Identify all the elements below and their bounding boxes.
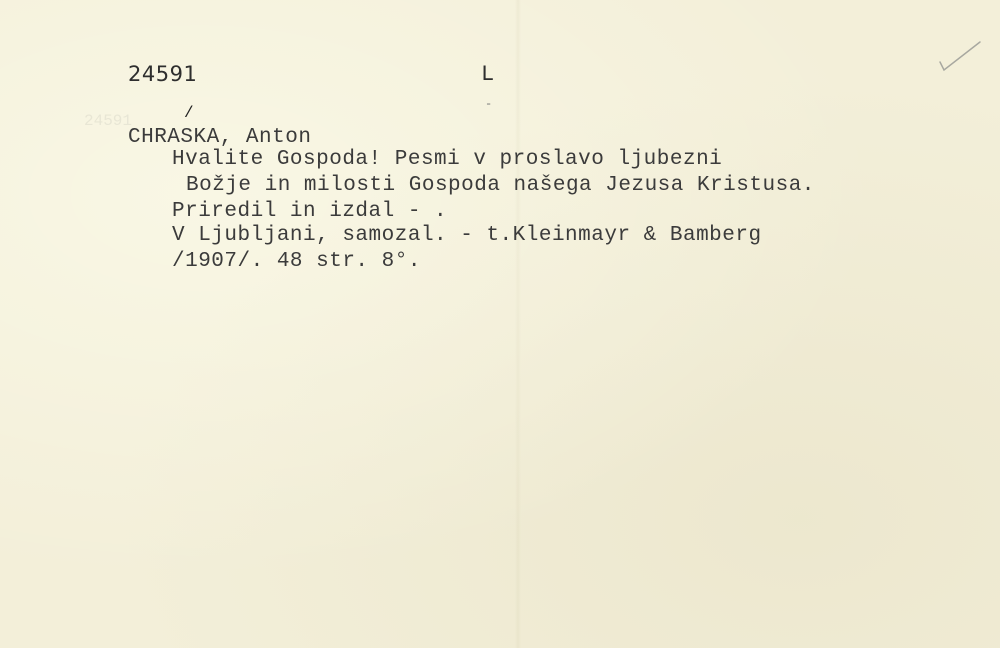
- title-line-2: Božje in milosti Gospoda našega Jezusa K…: [186, 174, 815, 197]
- responsibility-statement: Priredil in izdal - .: [172, 200, 447, 223]
- call-dash: -: [485, 97, 493, 111]
- collation-line: /1907/. 48 str. 8°.: [172, 250, 421, 273]
- author-heading: CHRASKA, Anton: [128, 126, 311, 149]
- check-mark-icon: [938, 38, 982, 74]
- title-line-1: Hvalite Gospoda! Pesmi v proslavo ljubez…: [172, 148, 722, 171]
- ghost-imprint: 24591: [84, 112, 132, 130]
- accession-number: 24591: [128, 62, 197, 86]
- call-letter: L: [481, 62, 495, 87]
- author-accent-mark: /: [184, 104, 194, 122]
- catalog-card: 24591 24591 L - / CHRASKA, Anton Hvalite…: [0, 0, 1000, 648]
- imprint-line: V Ljubljani, samozal. - t.Kleinmayr & Ba…: [172, 224, 762, 247]
